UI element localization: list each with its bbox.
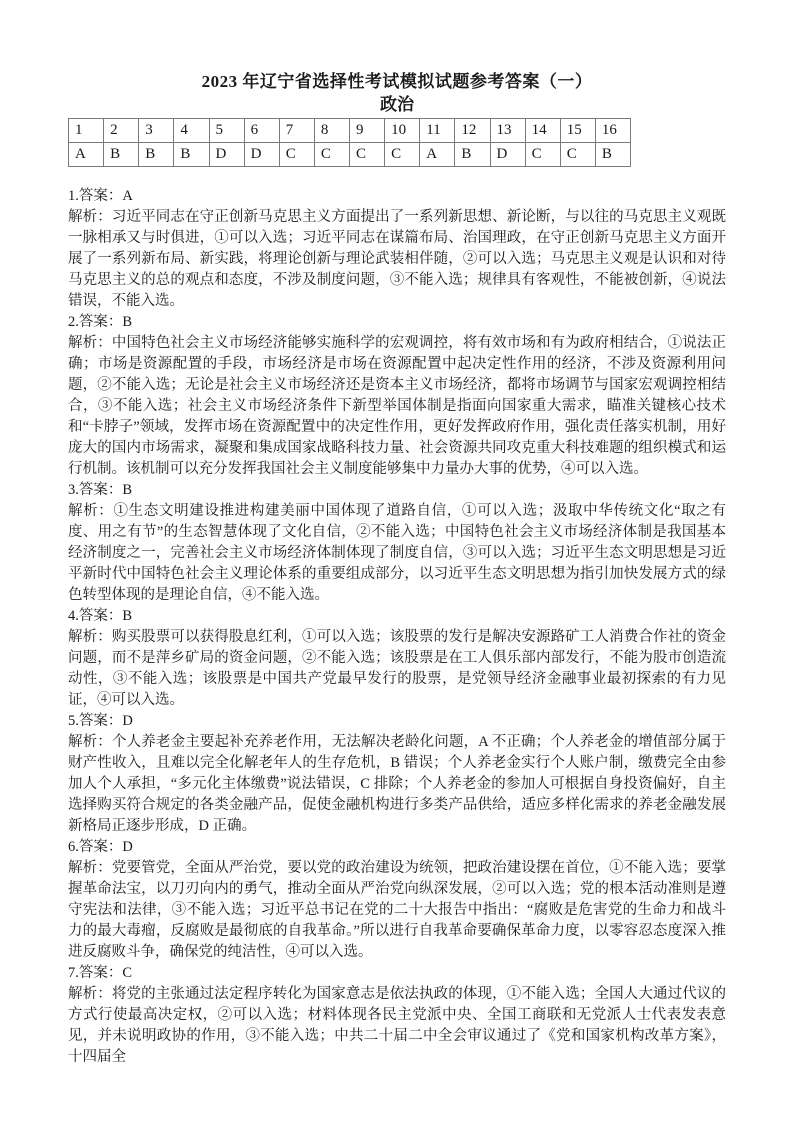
doc-title: 2023 年辽宁省选择性考试模拟试题参考答案（一） bbox=[68, 70, 726, 93]
question-number-cell: 9 bbox=[350, 119, 385, 143]
answer-letter-cell: C bbox=[560, 143, 595, 167]
answer-letter-cell: A bbox=[420, 143, 455, 167]
answer-line: 7.答案：C bbox=[68, 963, 726, 984]
answer-key-table: 1 2 3 4 5 6 7 8 9 10 11 12 13 14 15 16 A… bbox=[68, 118, 631, 167]
answer-letter-cell: C bbox=[525, 143, 560, 167]
question-number-cell: 6 bbox=[244, 119, 279, 143]
question-number-row: 1 2 3 4 5 6 7 8 9 10 11 12 13 14 15 16 bbox=[69, 119, 631, 143]
answer-letter-cell: D bbox=[490, 143, 525, 167]
answer-letter-cell: B bbox=[139, 143, 174, 167]
answer-letter-cell: A bbox=[69, 143, 104, 167]
answer-letter-cell: B bbox=[595, 143, 630, 167]
explanation-text: 解析：将党的主张通过法定程序转化为国家意志是依法执政的体现，①不能入选；全国人大… bbox=[68, 984, 726, 1068]
explanation-text: 解析：个人养老金主要起补充养老作用，无法解决老龄化问题，A 不正确；个人养老金的… bbox=[68, 732, 726, 837]
question-number-cell: 4 bbox=[174, 119, 209, 143]
explanation-text: 解析：中国特色社会主义市场经济能够实施科学的宏观调控，将有效市场和有为政府相结合… bbox=[68, 333, 726, 480]
answer-section: 4.答案：B 解析：购买股票可以获得股息红利，①可以入选；该股票的发行是解决安源… bbox=[68, 606, 726, 711]
question-number-cell: 3 bbox=[139, 119, 174, 143]
answer-letter-cell: D bbox=[244, 143, 279, 167]
answer-letter-cell: B bbox=[174, 143, 209, 167]
answer-section: 6.答案：D 解析：党要管党，全面从严治党，要以党的政治建设为统领，把政治建设摆… bbox=[68, 837, 726, 963]
explanation-text: 解析：①生态文明建设推进构建美丽中国体现了道路自信，①可以入选；汲取中华传统文化… bbox=[68, 501, 726, 606]
answer-line: 4.答案：B bbox=[68, 606, 726, 627]
question-number-cell: 1 bbox=[69, 119, 104, 143]
question-number-cell: 8 bbox=[314, 119, 349, 143]
answer-line: 1.答案：A bbox=[68, 186, 726, 207]
answer-letter-cell: B bbox=[104, 143, 139, 167]
question-number-cell: 11 bbox=[420, 119, 455, 143]
explanations: 1.答案：A 解析：习近平同志在守正创新马克思主义方面提出了一系列新思想、新论断… bbox=[68, 186, 726, 1068]
question-number-cell: 13 bbox=[490, 119, 525, 143]
answer-line: 6.答案：D bbox=[68, 837, 726, 858]
explanation-text: 解析：习近平同志在守正创新马克思主义方面提出了一系列新思想、新论断，与以往的马克… bbox=[68, 207, 726, 312]
answer-letter-cell: D bbox=[209, 143, 244, 167]
question-number-cell: 14 bbox=[525, 119, 560, 143]
answer-section: 7.答案：C 解析：将党的主张通过法定程序转化为国家意志是依法执政的体现，①不能… bbox=[68, 963, 726, 1068]
answer-section: 3.答案：B 解析：①生态文明建设推进构建美丽中国体现了道路自信，①可以入选；汲… bbox=[68, 480, 726, 606]
answer-section: 5.答案：D 解析：个人养老金主要起补充养老作用，无法解决老龄化问题，A 不正确… bbox=[68, 711, 726, 837]
answer-letter-row: A B B B D D C C C C A B D C C B bbox=[69, 143, 631, 167]
explanation-text: 解析：购买股票可以获得股息红利，①可以入选；该股票的发行是解决安源路矿工人消费合… bbox=[68, 627, 726, 711]
question-number-cell: 12 bbox=[455, 119, 490, 143]
answer-letter-cell: C bbox=[350, 143, 385, 167]
doc-subject: 政治 bbox=[68, 93, 726, 116]
answer-letter-cell: C bbox=[279, 143, 314, 167]
answer-letter-cell: C bbox=[385, 143, 420, 167]
question-number-cell: 5 bbox=[209, 119, 244, 143]
answer-line: 5.答案：D bbox=[68, 711, 726, 732]
answer-line: 2.答案：B bbox=[68, 312, 726, 333]
question-number-cell: 7 bbox=[279, 119, 314, 143]
document-page: 2023 年辽宁省选择性考试模拟试题参考答案（一） 政治 1 2 3 4 5 6… bbox=[0, 0, 794, 1123]
question-number-cell: 16 bbox=[595, 119, 630, 143]
question-number-cell: 10 bbox=[385, 119, 420, 143]
answer-section: 2.答案：B 解析：中国特色社会主义市场经济能够实施科学的宏观调控，将有效市场和… bbox=[68, 312, 726, 480]
answer-letter-cell: C bbox=[314, 143, 349, 167]
answer-letter-cell: B bbox=[455, 143, 490, 167]
explanation-text: 解析：党要管党，全面从严治党，要以党的政治建设为统领，把政治建设摆在首位，①不能… bbox=[68, 858, 726, 963]
answer-section: 1.答案：A 解析：习近平同志在守正创新马克思主义方面提出了一系列新思想、新论断… bbox=[68, 186, 726, 312]
answer-line: 3.答案：B bbox=[68, 480, 726, 501]
question-number-cell: 2 bbox=[104, 119, 139, 143]
question-number-cell: 15 bbox=[560, 119, 595, 143]
